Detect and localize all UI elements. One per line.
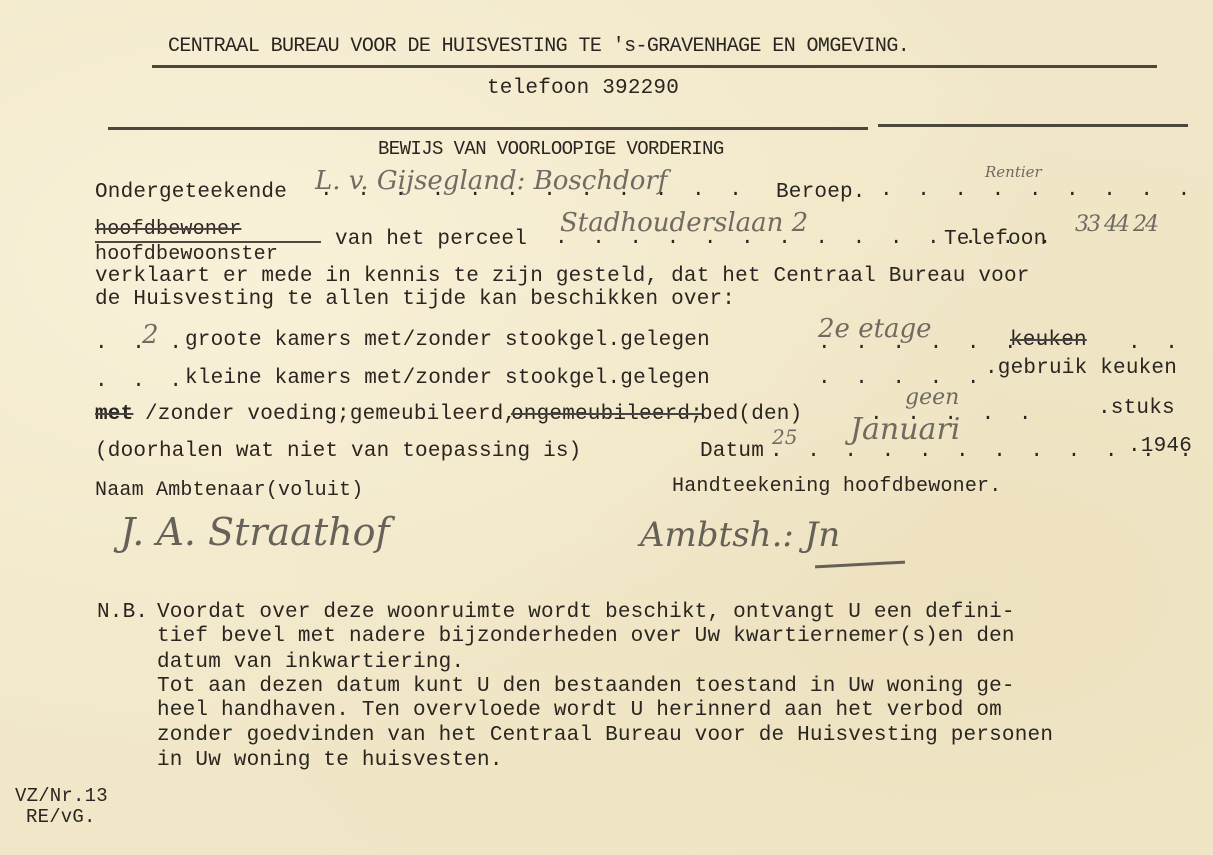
large-rooms-text: groote kamers met/zonder stookgel.gelege… — [185, 330, 710, 352]
official-name-label: Naam Ambtenaar(voluit) — [95, 480, 363, 502]
beds-label: bed(den) — [700, 404, 802, 426]
large-rooms-floor-handwritten[interactable]: 2e etage — [818, 314, 932, 344]
undersigned-handwritten[interactable]: L. v. Gijsegland: Boschdorf — [315, 166, 667, 196]
undersigned-label: Ondergeteekende — [95, 182, 287, 204]
food-prefix: met — [95, 404, 133, 426]
declaration-line-1: verklaart er mede in kennis te zijn gest… — [95, 266, 1030, 288]
phone-label: Telefoon — [944, 229, 1046, 251]
header-phone: telefoon 392290 — [487, 78, 679, 100]
header-underline — [152, 65, 1157, 68]
notice-line-1: Voordat over deze woonruimte wordt besch… — [157, 602, 1015, 624]
date-month-handwritten[interactable]: Januari — [850, 412, 960, 447]
notice-line-7: in Uw woning te huisvesten. — [157, 750, 503, 772]
header-divider-right — [878, 124, 1188, 127]
date-day-handwritten[interactable]: 25 — [772, 425, 797, 449]
resident-signature-label: Handteekening hoofdbewoner. — [672, 476, 1001, 498]
notice-prefix: N.B. — [97, 602, 148, 624]
small-rooms-dots: . . . — [95, 371, 188, 393]
date-year: .1946 — [1128, 436, 1192, 458]
small-rooms-kitchen: .gebruik keuken — [985, 358, 1177, 380]
small-rooms-text: kleine kamers met/zonder stookgel.gelege… — [185, 368, 710, 390]
reference-number: VZ/Nr.13 — [15, 785, 108, 807]
phone-handwritten[interactable]: 33 44 24 — [1075, 212, 1157, 237]
notice-line-5: heel handhaven. Ten overvloede wordt U h… — [157, 700, 1002, 722]
beds-unit: .stuks — [1098, 398, 1175, 420]
notice-line-6: zonder goedvinden van het Centraal Burea… — [157, 725, 1053, 747]
notice-line-2: tief bevel met nadere bijzonderheden ove… — [157, 626, 1015, 648]
resident-signature[interactable]: Ambtsh.: Jn — [640, 515, 840, 555]
role-option-female: hoofdbewoonster — [95, 244, 278, 266]
food-text: /zonder voeding;gemeubileerd, — [145, 404, 516, 426]
unfurnished-text: ongemeubileerd; — [511, 404, 703, 426]
date-label: Datum — [700, 441, 764, 463]
small-rooms-floor-dots: . . . . . — [818, 368, 985, 390]
large-rooms-kitchen: keuken — [1010, 330, 1087, 352]
header-divider — [108, 127, 868, 130]
large-rooms-end-dots: . . — [1128, 333, 1184, 355]
profession-label: Beroep. — [776, 182, 866, 204]
official-signature[interactable]: J. A. Straathof — [120, 510, 390, 554]
typist-initials: RE/vG. — [26, 806, 96, 828]
role-option-male: hoofdbewoner — [95, 219, 241, 241]
profession-handwritten[interactable]: Rentier — [985, 163, 1042, 181]
resident-signature-flourish — [815, 561, 905, 569]
parcel-handwritten[interactable]: Stadhouderslaan 2 — [560, 208, 808, 238]
notice-line-3: datum van inkwartiering. — [157, 652, 464, 674]
strike-note: (doorhalen wat niet van toepassing is) — [95, 441, 581, 463]
organization-heading: CENTRAAL BUREAU VOOR DE HUISVESTING TE '… — [168, 36, 909, 58]
beds-handwritten[interactable]: geen — [905, 385, 959, 410]
notice-line-4: Tot aan dezen datum kunt U den bestaande… — [157, 676, 1015, 698]
parcel-label: van het perceel — [335, 229, 527, 251]
form-title: BEWIJS VAN VOORLOOPIGE VORDERING — [378, 138, 724, 160]
large-rooms-count-handwritten[interactable]: 2 — [142, 320, 159, 350]
declaration-line-2: de Huisvesting te allen tijde kan beschi… — [95, 289, 735, 311]
profession-dots: . . . . . . . . . . . — [880, 180, 1213, 202]
